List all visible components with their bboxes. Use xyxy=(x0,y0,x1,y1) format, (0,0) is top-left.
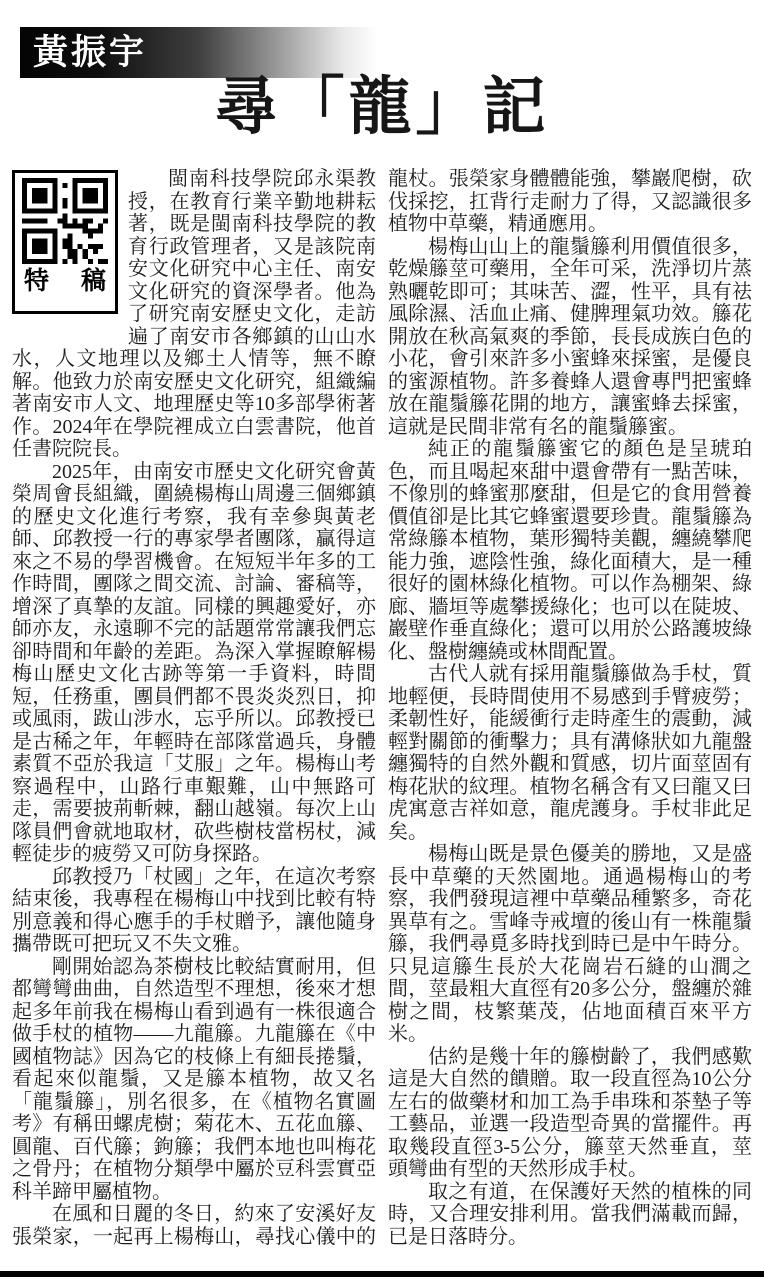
article-paragraph: 古代人就有採用龍鬚籐做為手杖，質地輕便，長時間使用不易感到手臂疲勞；柔韌性好，能… xyxy=(388,663,752,843)
special-report-label-left: 特 xyxy=(24,266,49,296)
article-body: 特 稿 閩南科技學院邱永渠教授，在教育行業辛勤地耕耘著，既是閩南科技學院的教育行… xyxy=(12,168,752,1268)
article-paragraph: 邱教授乃「杖國」之年，在這次考察結束後，我專程在楊梅山中找到比較有特別意義和得心… xyxy=(12,866,376,956)
article-paragraph: 取之有道，在保護好天然的植株的同時，又合理安排利用。當我們滿載而歸，已是日落時分… xyxy=(388,1181,752,1249)
bottom-rule xyxy=(0,1271,764,1277)
article-paragraph: 2025年，由南安市歷史文化研究會黃榮周會長組織，圍繞楊梅山周邊三個鄉鎮的歷史文… xyxy=(12,461,376,866)
article-paragraph: 純正的龍鬚籐蜜它的顏色是呈琥珀色，而且喝起來甜中還會帶有一點苦味，不像別的蜂蜜那… xyxy=(388,438,752,663)
special-report-box: 特 稿 xyxy=(12,170,118,314)
special-report-label: 特 稿 xyxy=(15,266,115,299)
article-paragraph: 剛開始認為茶樹枝比較結實耐用，但都彎彎曲曲，自然造型不理想，後來才想起多年前我在… xyxy=(12,956,376,1204)
author-name: 黃振宇 xyxy=(20,35,147,70)
article-title: 尋「龍」記 xyxy=(0,72,764,141)
article-paragraph: 估約是幾十年的籐樹齡了，我們感歎這是大自然的饋贈。取一段直徑為10公分左右的做藥… xyxy=(388,1046,752,1181)
article-paragraph: 楊梅山既是景色優美的勝地，又是盛長中草藥的天然園地。通過楊梅山的考察，我們發現這… xyxy=(388,843,752,1046)
paragraph-list: 閩南科技學院邱永渠教授，在教育行業辛勤地耕耘著，既是閩南科技學院的教育行政管理者… xyxy=(12,168,752,1268)
qr-code-icon xyxy=(22,176,108,266)
special-report-label-right: 稿 xyxy=(81,266,106,296)
article-paragraph: 楊梅山山上的龍鬚籐利用價值很多，乾燥籐莖可藥用，全年可采，洗淨切片蒸熟曬乾即可；… xyxy=(388,236,752,439)
